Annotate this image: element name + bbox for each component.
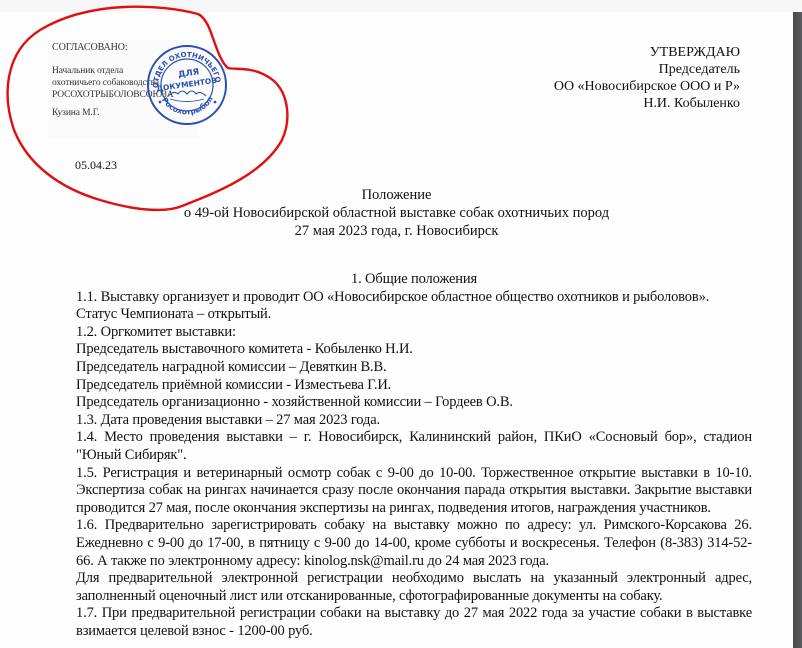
reception-chair: Председатель приёмной комиссии - Изместь… [76, 377, 752, 395]
paragraph-1-3: 1.3. Дата проведения выставки – 27 мая 2… [76, 412, 752, 430]
organizational-chair: Председатель организационно - хозяйствен… [76, 394, 752, 412]
approved-by-block: УТВЕРЖДАЮ Председатель ОО «Новосибирское… [554, 44, 740, 112]
stamp-seal-icon: ОТДЕЛ ОХОТНИЧЬЕГО СОБАКОВОДСТВА Росохотр… [146, 44, 228, 126]
section-heading: 1. Общие положения [76, 271, 752, 289]
approval-heading: СОГЛАСОВАНО: [52, 42, 128, 53]
paragraph-1-7: 1.7. При предварительной регистрации соб… [76, 605, 752, 640]
paragraph-1-1: 1.1. Выставку организует и проводит ОО «… [76, 289, 752, 307]
awards-chair: Председатель наградной комиссии – Девятк… [76, 359, 752, 377]
document-title: Положение о 49-ой Новосибирской областно… [0, 186, 793, 240]
approval-line-2: охотничьего собаководства [52, 78, 159, 88]
approved-heading: УТВЕРЖДАЮ [554, 44, 740, 61]
document-body: 1. Общие положения 1.1. Выставку организ… [76, 271, 752, 640]
title-line-3: 27 мая 2023 года, г. Новосибирск [0, 222, 793, 240]
viewer-top-band [0, 0, 793, 12]
scrollbar[interactable] [793, 12, 802, 648]
viewer-top-band-right [793, 0, 802, 12]
approved-position: Председатель [554, 61, 740, 78]
paragraph-registration: Для предварительной электронной регистра… [76, 570, 752, 605]
paragraph-1-6: 1.6. Предварительно зарегистрировать соб… [76, 517, 752, 570]
title-line-1: Положение [0, 186, 793, 204]
paragraph-1-4: 1.4. Место проведения выставки – г. Ново… [76, 429, 752, 464]
committee-chair: Председатель выставочного комитета - Коб… [76, 341, 752, 359]
approved-org: ОО «Новосибирское ООО и Р» [554, 78, 740, 95]
paragraph-1-2: 1.2. Оргкомитет выставки: [76, 324, 752, 342]
title-line-2: о 49-ой Новосибирской областной выставке… [0, 204, 793, 222]
approval-line-1: Начальник отдела [52, 66, 123, 76]
approval-name: Кузина М.Г. [52, 108, 99, 118]
approval-date: 05.04.23 [75, 158, 117, 173]
approved-name: Н.И. Кобыленко [554, 95, 740, 112]
paragraph-status: Статус Чемпионата – открытый. [76, 306, 752, 324]
paragraph-1-5: 1.5. Регистрация и ветеринарный осмотр с… [76, 465, 752, 518]
